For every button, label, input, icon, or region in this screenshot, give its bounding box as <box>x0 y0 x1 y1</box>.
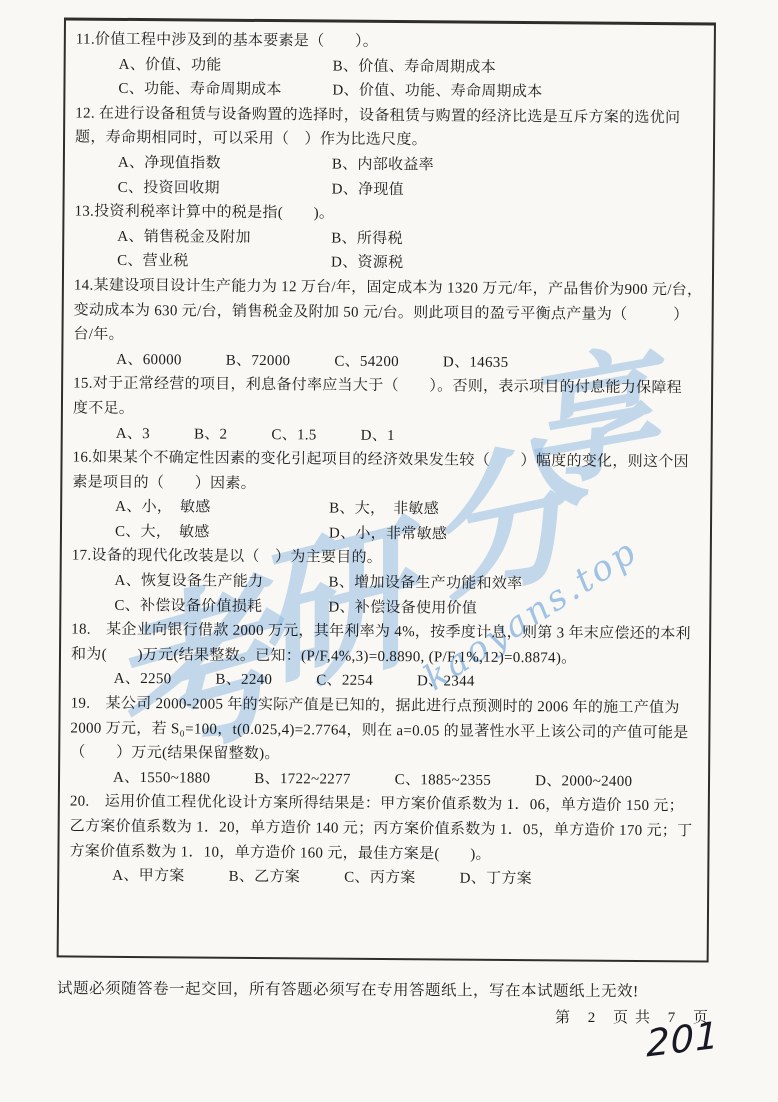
option-item: B、所得税 <box>331 226 403 251</box>
option-item: A、2250 <box>114 667 172 692</box>
question-block: 16.如果某个不确定性因素的变化引起项目的经济效果发生较（ ）幅度的变化，则这个… <box>72 446 699 549</box>
question-list: 11.价值工程中涉及到的基本要素是（ ）。A、价值、功能B、价值、寿命周期成本C… <box>69 28 702 894</box>
option-item: D、14635 <box>443 350 509 375</box>
option-item: A、3 <box>116 421 150 446</box>
option-item: A、小， 敏感 <box>115 495 329 521</box>
question-block: 20. 运用价值工程优化设计方案所得结果是：甲方案价值系数为 1．06，单方造价… <box>69 790 696 893</box>
option-item: B、内部收益率 <box>332 153 434 178</box>
option-item: B、大， 非敏感 <box>329 497 439 522</box>
option-item: C、54200 <box>334 349 399 374</box>
option-item: C、大， 敏感 <box>115 520 329 546</box>
option-item: C、1885~2355 <box>395 768 492 793</box>
option-item: D、1 <box>361 423 395 448</box>
option-item: C、2254 <box>316 669 373 694</box>
question-block: 12. 在进行设备租赁与设备购置的选择时，设备租赁与购置的经济比选是互斥方案的选… <box>75 101 702 204</box>
option-item: D、丁方案 <box>460 867 533 892</box>
option-item: A、1550~1880 <box>113 766 210 791</box>
option-item: D、2000~2400 <box>535 769 632 794</box>
option-item: A、甲方案 <box>112 864 185 889</box>
option-item: B、价值、寿命周期成本 <box>333 54 497 80</box>
question-block: 19. 某公司 2000-2005 年的实际产值是已知的，据此进行点预测时的 2… <box>70 692 697 795</box>
option-item: C、功能、寿命周期成本 <box>118 77 332 103</box>
content-border-box: 11.价值工程中涉及到的基本要素是（ ）。A、价值、功能B、价值、寿命周期成本C… <box>57 17 716 962</box>
question-block: 18. 某企业向银行借款 2000 万元，其年利率为 4%，按季度计息，则第 3… <box>71 618 698 697</box>
option-item: C、丙方案 <box>344 866 416 891</box>
question-block: 13.投资利税率计算中的税是指( )。A、销售税金及附加B、所得税C、营业税D、… <box>74 200 701 279</box>
option-item: A、销售税金及附加 <box>117 225 331 251</box>
option-item: C、营业税 <box>117 249 331 275</box>
option-item: B、2 <box>194 422 228 447</box>
option-item: D、2344 <box>417 670 475 695</box>
option-item: C、补偿设备价值损耗 <box>114 594 328 620</box>
question-block: 14.某建设项目设计生产能力为 12 万台/年，固定成本为 1320 万元/年，… <box>73 273 700 376</box>
option-item: D、净现值 <box>332 177 405 202</box>
option-item: D、价值、功能、寿命周期成本 <box>332 79 542 105</box>
option-item: A、60000 <box>116 348 182 373</box>
option-item: B、1722~2277 <box>254 767 351 792</box>
option-item: B、2240 <box>215 668 272 693</box>
options-row: A、甲方案B、乙方案C、丙方案D、丁方案 <box>69 864 695 894</box>
option-item: A、恢复设备生产能力 <box>114 569 328 595</box>
question-stem-line: 变动成本为 630 元/台，销售税金及附加 50 元/台。则此项目的盈亏平衡点产… <box>74 298 700 328</box>
option-item: D、小，非常敏感 <box>329 521 447 547</box>
option-item: C、投资回收期 <box>118 175 332 201</box>
option-item: A、净现值指数 <box>118 151 332 177</box>
question-block: 15.对于正常经营的项目，利息备付率应当大于（ ）。否则，表示项目的付息能力保障… <box>73 372 700 451</box>
question-block: 11.价值工程中涉及到的基本要素是（ ）。A、价值、功能B、价值、寿命周期成本C… <box>75 28 702 107</box>
option-item: A、价值、功能 <box>119 52 333 78</box>
question-stem-line: 15.对于正常经营的项目，利息备付率应当大于（ ）。否则，表示项目的付息能力保障… <box>73 372 699 402</box>
option-item: C、1.5 <box>271 423 316 448</box>
handwritten-page-number: 201 <box>646 1013 720 1065</box>
option-item: D、资源税 <box>331 251 404 276</box>
question-block: 17.设备的现代化改装是以（ ）为主要目的。A、恢复设备生产能力B、增加设备生产… <box>71 544 698 623</box>
footer-note: 试题必须随答卷一起交回，所有答题必须写在专用答题纸上，写在本试题纸上无效! <box>57 976 737 1002</box>
option-item: D、补偿设备使用价值 <box>328 595 477 621</box>
option-item: B、72000 <box>226 348 291 373</box>
option-item: B、增加设备生产功能和效率 <box>328 571 522 597</box>
exam-scan-page: 11.价值工程中涉及到的基本要素是（ ）。A、价值、功能B、价值、寿命周期成本C… <box>0 0 778 1102</box>
option-item: B、乙方案 <box>229 865 301 890</box>
